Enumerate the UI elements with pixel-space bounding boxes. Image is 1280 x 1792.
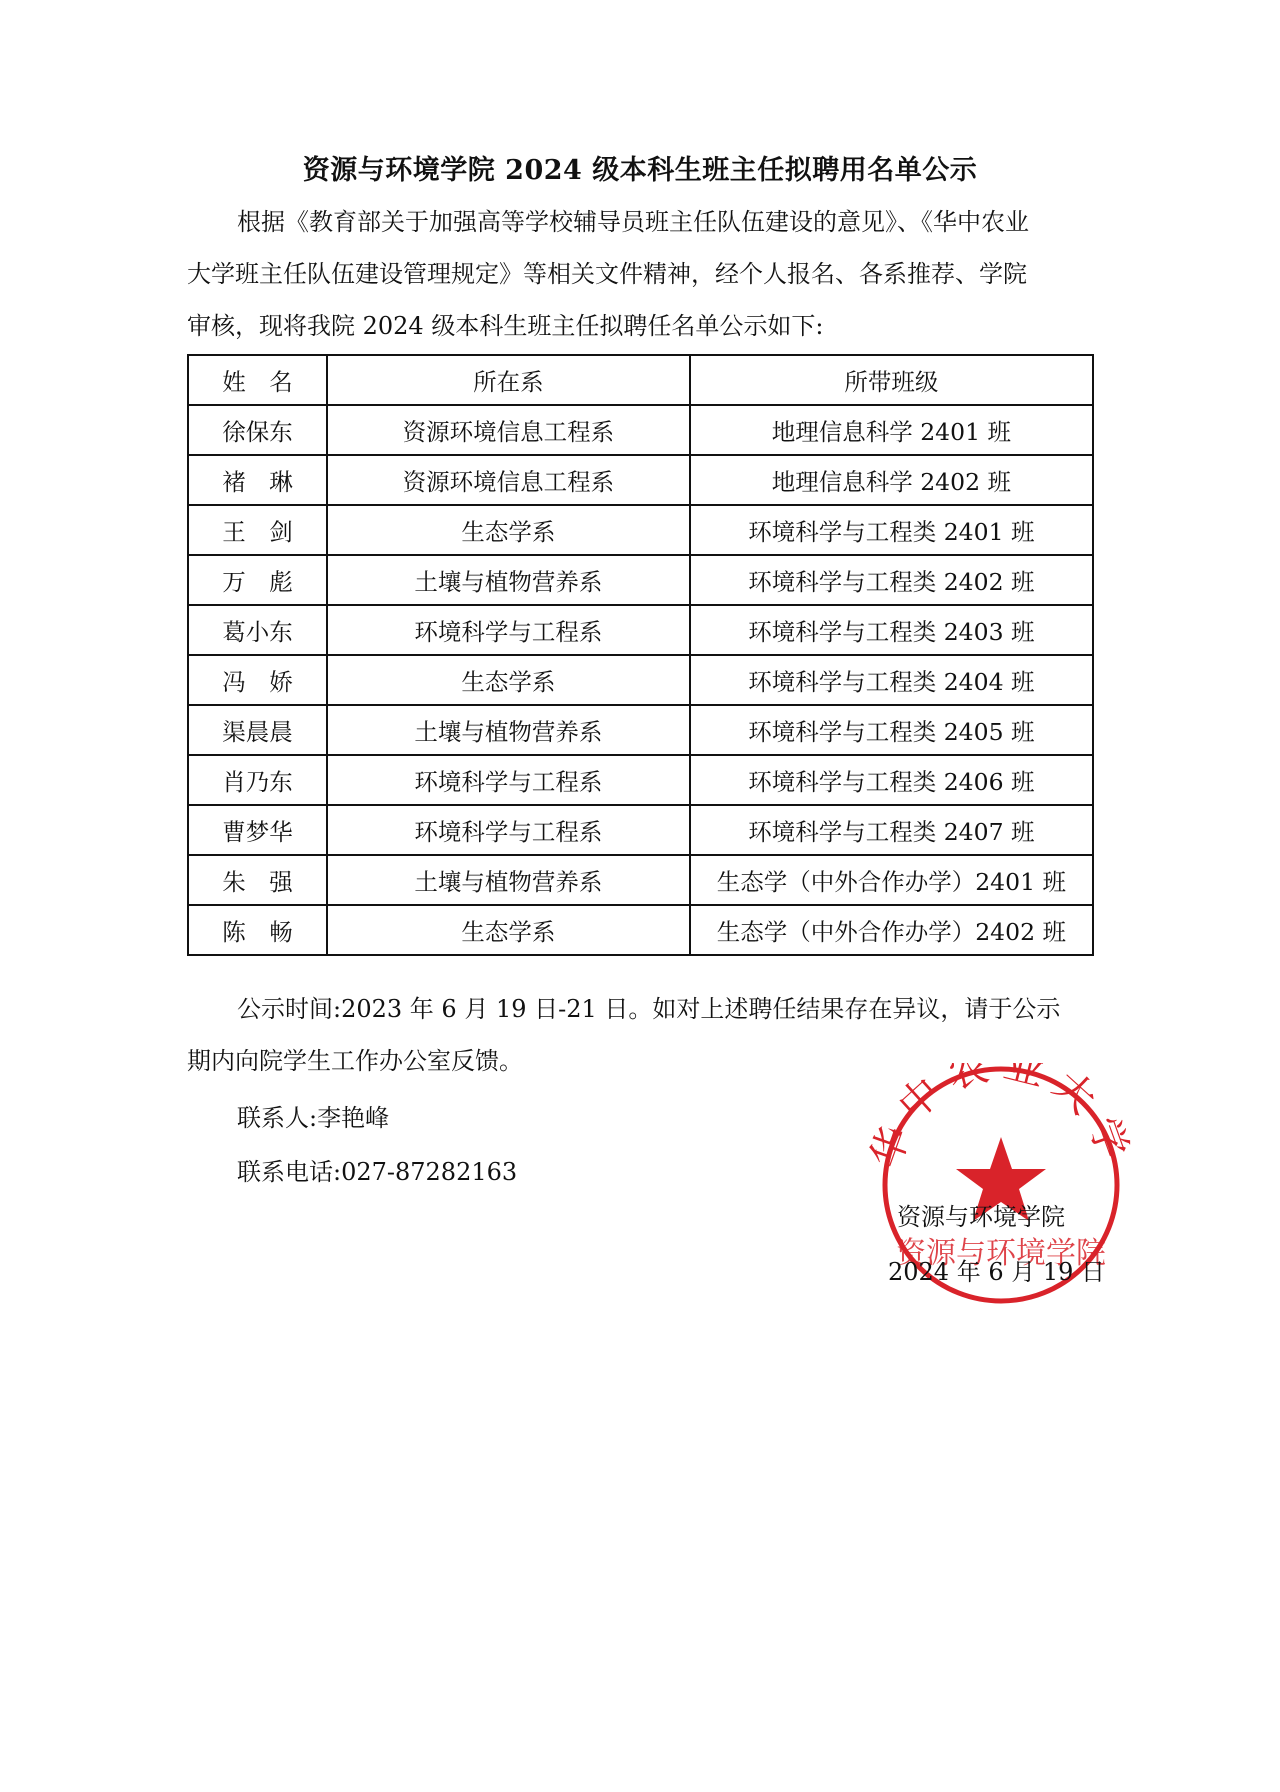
contact-phone: 联系电话:027-87282163 (237, 1152, 517, 1187)
cell-name: 朱 强 (188, 855, 327, 905)
table-row: 渠晨晨 土壤与植物营养系 环境科学与工程类 2405 班 (188, 705, 1093, 755)
cell-department: 土壤与植物营养系 (327, 705, 690, 755)
cell-name: 陈 畅 (188, 905, 327, 955)
cell-class: 环境科学与工程类 2403 班 (690, 605, 1093, 655)
cell-name: 褚 琳 (188, 455, 327, 505)
cell-name: 冯 娇 (188, 655, 327, 705)
table-row: 葛小东 环境科学与工程系 环境科学与工程类 2403 班 (188, 605, 1093, 655)
table-row: 曹梦华 环境科学与工程系 环境科学与工程类 2407 班 (188, 805, 1093, 855)
header-name: 姓 名 (188, 355, 327, 405)
cell-department: 生态学系 (327, 655, 690, 705)
cell-department: 环境科学与工程系 (327, 805, 690, 855)
cell-class: 生态学（中外合作办学）2402 班 (690, 905, 1093, 955)
cell-class: 环境科学与工程类 2407 班 (690, 805, 1093, 855)
table-row: 王 剑 生态学系 环境科学与工程类 2401 班 (188, 505, 1093, 555)
cell-name: 肖乃东 (188, 755, 327, 805)
signature-date: 2024 年 6 月 19 日 (888, 1252, 1105, 1287)
cell-name: 渠晨晨 (188, 705, 327, 755)
header-department: 所在系 (327, 355, 690, 405)
table-row: 肖乃东 环境科学与工程系 环境科学与工程类 2406 班 (188, 755, 1093, 805)
contact-person: 联系人:李艳峰 (237, 1098, 389, 1133)
header-class: 所带班级 (690, 355, 1093, 405)
table-header-row: 姓 名 所在系 所带班级 (188, 355, 1093, 405)
document-title: 资源与环境学院 2024 级本科生班主任拟聘用名单公示 (0, 148, 1280, 187)
cell-department: 土壤与植物营养系 (327, 555, 690, 605)
cell-class: 环境科学与工程类 2406 班 (690, 755, 1093, 805)
cell-department: 土壤与植物营养系 (327, 855, 690, 905)
cell-class: 环境科学与工程类 2404 班 (690, 655, 1093, 705)
notice-line: 公示时间:2023 年 6 月 19 日-21 日。如对上述聘任结果存在异议，请… (187, 983, 1097, 1035)
intro-line: 根据《教育部关于加强高等学校辅导员班主任队伍建设的意见》、《华中农业 (187, 196, 1097, 248)
cell-class: 地理信息科学 2402 班 (690, 455, 1093, 505)
table-row: 陈 畅 生态学系 生态学（中外合作办学）2402 班 (188, 905, 1093, 955)
cell-class: 环境科学与工程类 2405 班 (690, 705, 1093, 755)
cell-class: 环境科学与工程类 2401 班 (690, 505, 1093, 555)
cell-name: 王 剑 (188, 505, 327, 555)
cell-name: 曹梦华 (188, 805, 327, 855)
table-row: 褚 琳 资源环境信息工程系 地理信息科学 2402 班 (188, 455, 1093, 505)
cell-name: 万 彪 (188, 555, 327, 605)
cell-class: 环境科学与工程类 2402 班 (690, 555, 1093, 605)
table-row: 万 彪 土壤与植物营养系 环境科学与工程类 2402 班 (188, 555, 1093, 605)
cell-class: 生态学（中外合作办学）2401 班 (690, 855, 1093, 905)
cell-class: 地理信息科学 2401 班 (690, 405, 1093, 455)
class-advisor-table: 姓 名 所在系 所带班级 徐保东 资源环境信息工程系 地理信息科学 2401 班… (187, 354, 1094, 956)
cell-name: 徐保东 (188, 405, 327, 455)
table-row: 冯 娇 生态学系 环境科学与工程类 2404 班 (188, 655, 1093, 705)
table-row: 徐保东 资源环境信息工程系 地理信息科学 2401 班 (188, 405, 1093, 455)
cell-department: 环境科学与工程系 (327, 605, 690, 655)
cell-department: 资源环境信息工程系 (327, 455, 690, 505)
signature-org: 资源与环境学院 (897, 1197, 1065, 1232)
cell-name: 葛小东 (188, 605, 327, 655)
cell-department: 环境科学与工程系 (327, 755, 690, 805)
intro-line: 审核，现将我院 2024 级本科生班主任拟聘任名单公示如下: (187, 300, 1097, 352)
intro-line: 大学班主任队伍建设管理规定》等相关文件精神，经个人报名、各系推荐、学院 (187, 248, 1097, 300)
intro-paragraph: 根据《教育部关于加强高等学校辅导员班主任队伍建设的意见》、《华中农业 大学班主任… (187, 196, 1097, 352)
table-row: 朱 强 土壤与植物营养系 生态学（中外合作办学）2401 班 (188, 855, 1093, 905)
cell-department: 资源环境信息工程系 (327, 405, 690, 455)
cell-department: 生态学系 (327, 505, 690, 555)
cell-department: 生态学系 (327, 905, 690, 955)
